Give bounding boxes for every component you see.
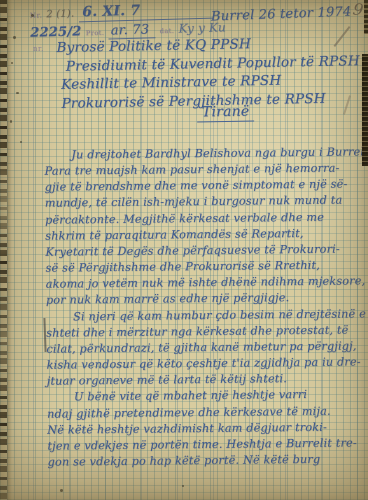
corner-pencil-number: 9 (351, 0, 364, 20)
body-line: përcaktonte. Megjithë kërkesat verbale d… (45, 209, 364, 228)
dat-stamp: dat. (160, 27, 175, 35)
body-line: gon se vdekja po hap këtë portë. Në këtë… (48, 451, 367, 470)
ink-speck (13, 36, 16, 39)
scanned-letter-page: Nr. 2 (1). 6. XI. 7 2225/2 Prot. ar. 73 … (0, 0, 368, 500)
ink-speck (10, 120, 12, 123)
ink-speck (31, 14, 34, 17)
film-edge-right-top (364, 0, 368, 34)
prot-stamp: Prot. (86, 29, 105, 38)
ink-speck (11, 62, 13, 64)
registry-received-date: 6. XI. 7 (78, 1, 212, 23)
nr-stamp-small: nr. (33, 45, 44, 53)
ink-speck (60, 489, 63, 492)
ink-speck (16, 92, 19, 94)
registry-pencil-note: 2 (1). (46, 8, 74, 20)
torn-edge-shadow (7, 0, 12, 500)
ink-speck (20, 141, 22, 143)
ink-speck (182, 485, 184, 487)
dateline: Burrel 26 tetor 1974 (210, 5, 351, 25)
film-edge-right (362, 54, 368, 166)
torn-left-edge (0, 0, 7, 500)
letter-body: Ju drejtohet Bardhyl Belishova nga burgu… (44, 144, 366, 470)
place-line: Tiranë (197, 104, 255, 123)
recipients-list: Byrosë Politike të KQ PPSHPresidiumit të… (56, 33, 360, 113)
